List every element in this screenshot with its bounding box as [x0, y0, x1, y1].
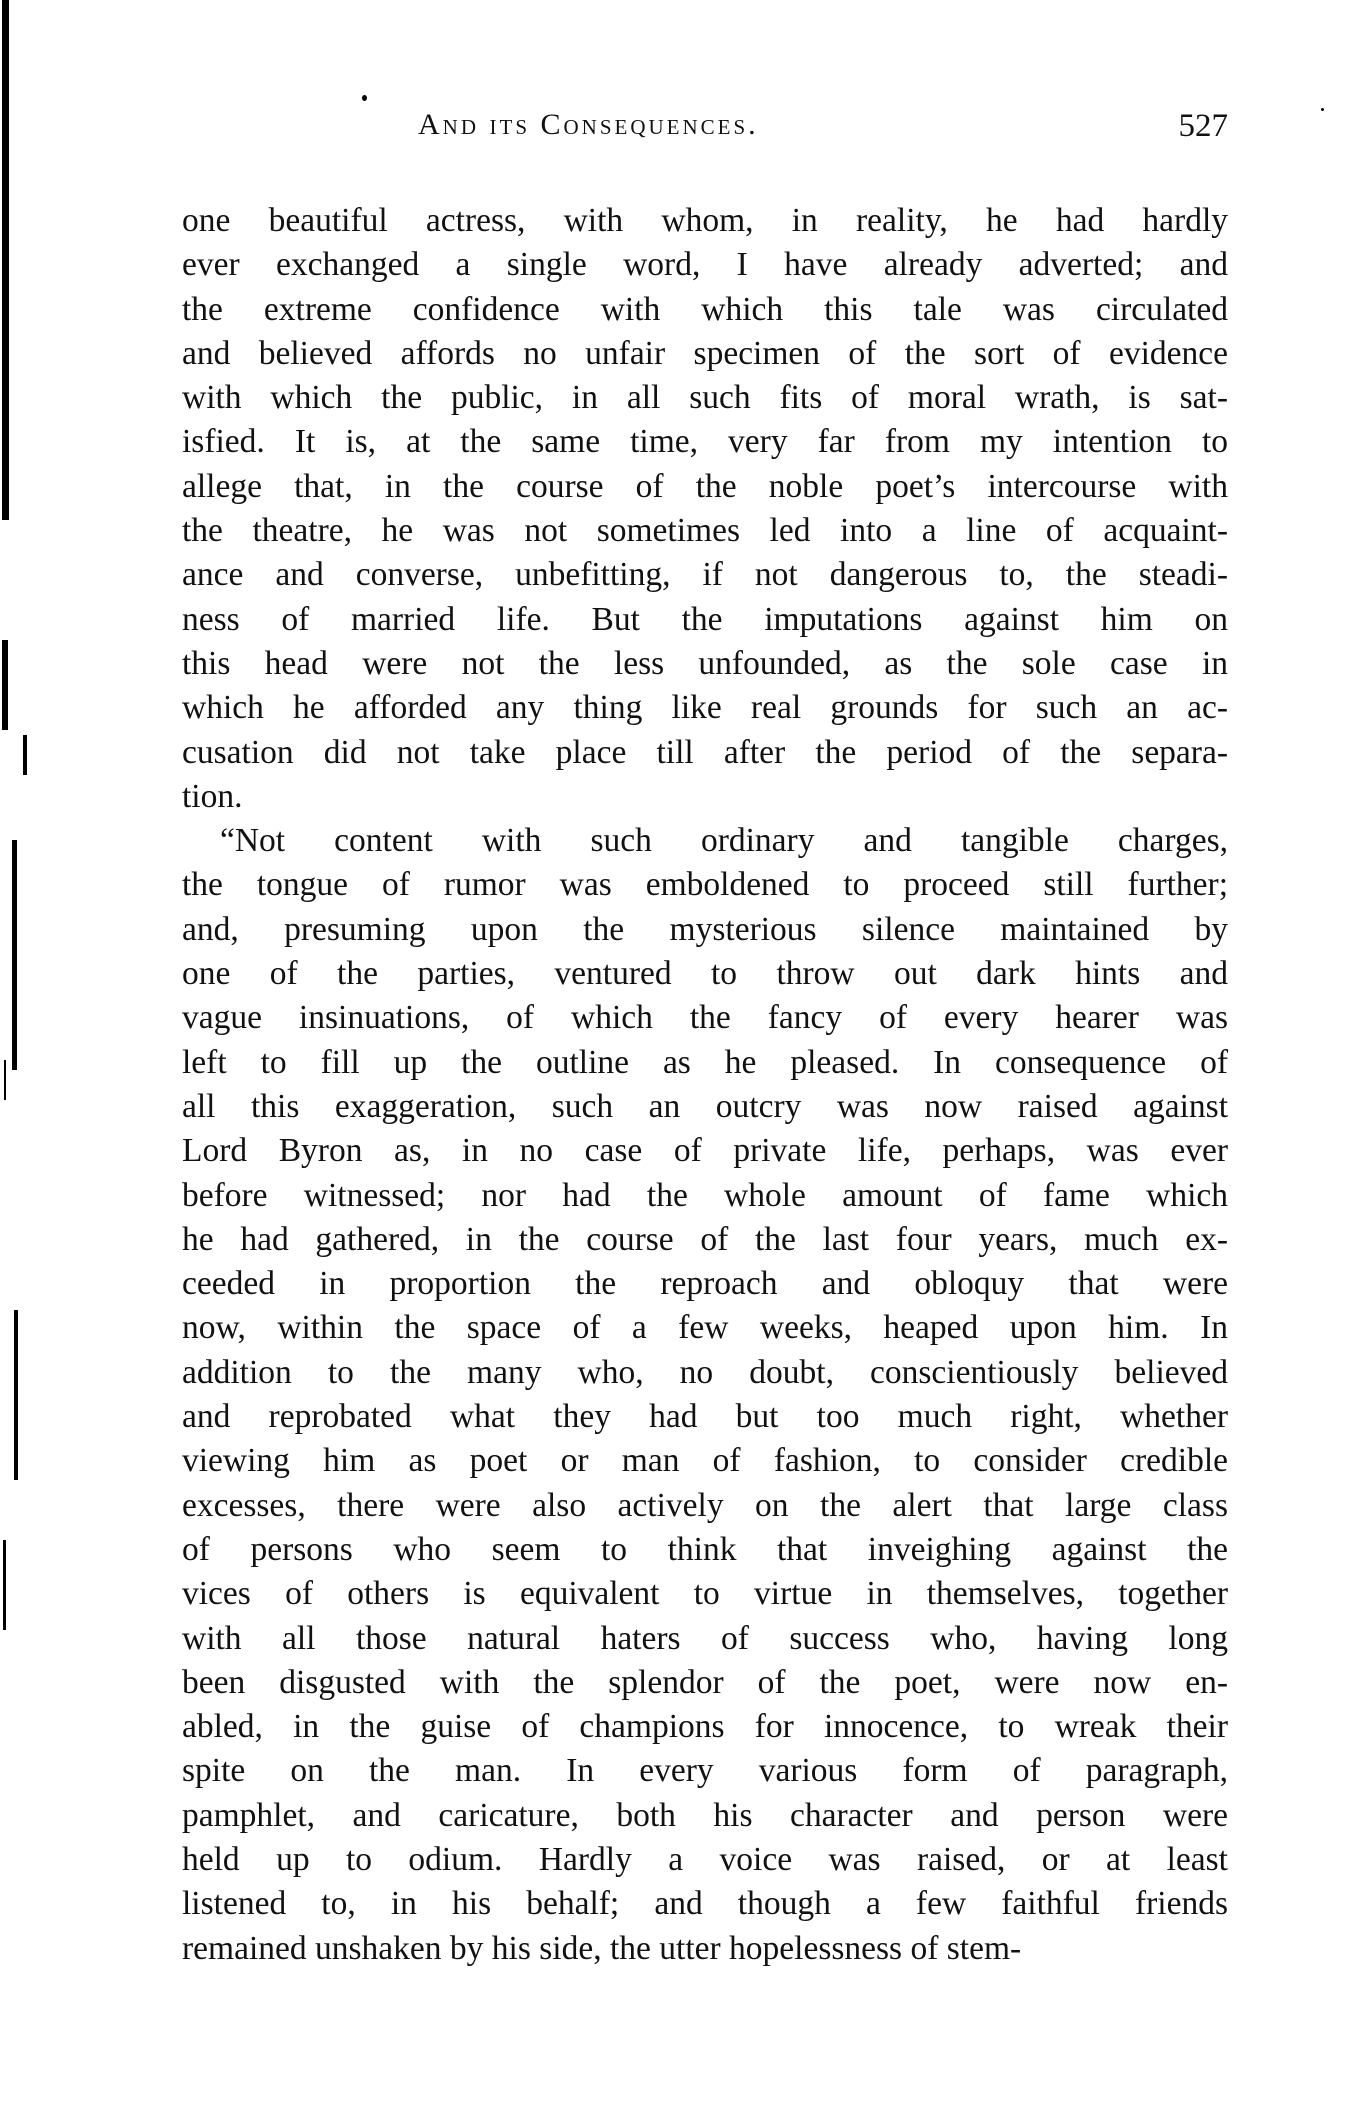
- ink-speck: [362, 95, 367, 101]
- paragraph: one beautiful actress, with whom, in rea…: [182, 199, 1228, 819]
- scan-edge-artifact: [2, 0, 9, 520]
- text-line: one beautiful actress, with whom, in rea…: [182, 199, 1228, 243]
- text-line: and believed affords no unfair specimen …: [182, 332, 1228, 376]
- text-line: with which the public, in all such fits …: [182, 376, 1228, 420]
- text-line: one of the parties, ventured to throw ou…: [182, 952, 1228, 996]
- text-line: pamphlet, and caricature, both his chara…: [182, 1794, 1228, 1838]
- text-line: cusation did not take place till after t…: [182, 731, 1228, 775]
- scan-edge-artifact: [12, 840, 17, 1070]
- text-line: ceeded in proportion the reproach and ob…: [182, 1262, 1228, 1306]
- text-line: been disgusted with the splendor of the …: [182, 1661, 1228, 1705]
- text-line: the tongue of rumor was emboldened to pr…: [182, 863, 1228, 907]
- text-line: abled, in the guise of champions for inn…: [182, 1705, 1228, 1749]
- page-number: 527: [1179, 108, 1229, 145]
- ink-speck: [1321, 108, 1324, 111]
- text-line: all this exaggeration, such an outcry wa…: [182, 1085, 1228, 1129]
- text-line: left to fill up the outline as he please…: [182, 1041, 1228, 1085]
- text-line: the theatre, he was not sometimes led in…: [182, 509, 1228, 553]
- book-page: And its Consequences. 527 one beautiful …: [0, 0, 1370, 2128]
- text-line: tion.: [182, 775, 1228, 819]
- paragraph: “Not content with such ordinary and tang…: [182, 819, 1228, 1971]
- text-line: ever exchanged a single word, I have alr…: [182, 243, 1228, 287]
- text-line: and, presuming upon the mysterious silen…: [182, 908, 1228, 952]
- text-line: listened to, in his behalf; and though a…: [182, 1882, 1228, 1926]
- text-line: with all those natural haters of success…: [182, 1617, 1228, 1661]
- scan-edge-artifact: [3, 1540, 6, 1630]
- text-line: addition to the many who, no doubt, cons…: [182, 1351, 1228, 1395]
- text-line: now, within the space of a few weeks, he…: [182, 1306, 1228, 1350]
- text-line: held up to odium. Hardly a voice was rai…: [182, 1838, 1228, 1882]
- text-line: the extreme confidence with which this t…: [182, 288, 1228, 332]
- text-line: vices of others is equivalent to virtue …: [182, 1572, 1228, 1616]
- text-line: Lord Byron as, in no case of private lif…: [182, 1129, 1228, 1173]
- scan-edge-artifact: [4, 1060, 6, 1100]
- text-line: of persons who seem to think that inveig…: [182, 1528, 1228, 1572]
- text-line: spite on the man. In every various form …: [182, 1749, 1228, 1793]
- text-line: ance and converse, unbefitting, if not d…: [182, 553, 1228, 597]
- scan-edge-artifact: [2, 640, 8, 730]
- running-title: And its Consequences.: [418, 108, 759, 142]
- body-text: one beautiful actress, with whom, in rea…: [182, 199, 1228, 1971]
- text-line: “Not content with such ordinary and tang…: [182, 819, 1228, 863]
- scan-edge-artifact: [14, 1310, 18, 1480]
- text-line: which he afforded any thing like real gr…: [182, 686, 1228, 730]
- text-line: viewing him as poet or man of fashion, t…: [182, 1439, 1228, 1483]
- text-line: isfied. It is, at the same time, very fa…: [182, 420, 1228, 464]
- text-line: this head were not the less unfounded, a…: [182, 642, 1228, 686]
- scan-edge-artifact: [23, 735, 27, 775]
- text-line: he had gathered, in the course of the la…: [182, 1218, 1228, 1262]
- text-line: and reprobated what they had but too muc…: [182, 1395, 1228, 1439]
- text-line: excesses, there were also actively on th…: [182, 1484, 1228, 1528]
- text-line: ness of married life. But the imputation…: [182, 598, 1228, 642]
- text-line: before witnessed; nor had the whole amou…: [182, 1174, 1228, 1218]
- running-head: And its Consequences. 527: [418, 108, 1228, 152]
- text-line: remained unshaken by his side, the utter…: [182, 1927, 1228, 1971]
- text-line: vague insinuations, of which the fancy o…: [182, 996, 1228, 1040]
- text-line: allege that, in the course of the noble …: [182, 465, 1228, 509]
